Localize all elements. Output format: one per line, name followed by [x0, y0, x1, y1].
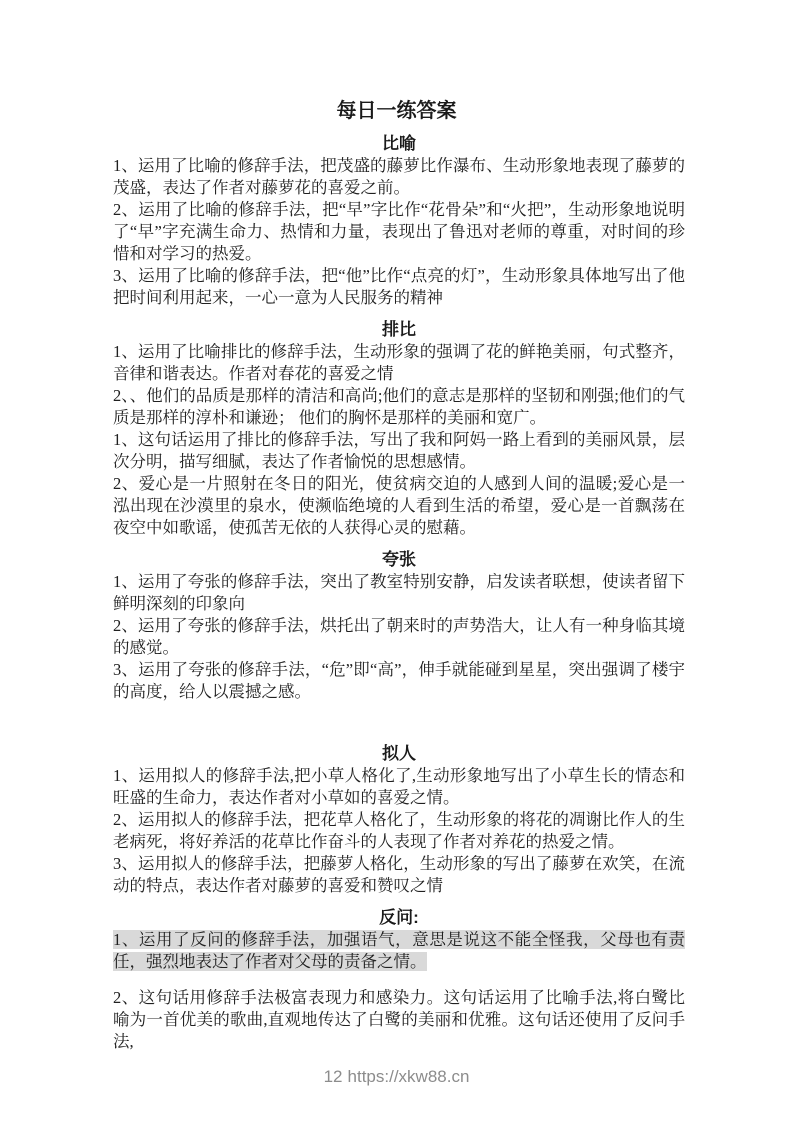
answer-text: 1、运用了夸张的修辞手法，突出了教室特别安静，启发读者联想，使读者留下鲜明深刻的… [113, 572, 685, 613]
answer-text: 2、运用了比喻的修辞手法，把“早”字比作“花骨朵”和“火把”，生动形象地说明了“… [113, 200, 685, 263]
section-heading: 反问: [113, 907, 685, 929]
answer-text: 1、运用了比喻排比的修辞手法，生动形象的强调了花的鲜艳美丽，句式整齐，音律和谐表… [113, 342, 685, 383]
footer-page-number: 12 [324, 1067, 343, 1086]
section-heading: 比喻 [113, 133, 685, 155]
answer-text: 3、运用了比喻的修辞手法，把“他”比作“点亮的灯”，生动形象具体地写出了他把时间… [113, 266, 685, 307]
document-page: 每日一练答案 比喻1、运用了比喻的修辞手法，把茂盛的藤萝比作瀑布、生动形象地表现… [0, 0, 793, 1122]
section-heading: 拟人 [113, 743, 685, 765]
answer-text: 2、运用拟人的修辞手法，把花草人格化了，生动形象的将花的凋谢比作人的生老病死，将… [113, 810, 685, 851]
answer-text: 1、这句话运用了排比的修辞手法，写出了我和阿妈一路上看到的美丽风景，层次分明，描… [113, 430, 685, 471]
paragraph: 1、运用了比喻排比的修辞手法，生动形象的强调了花的鲜艳美丽，句式整齐，音律和谐表… [113, 341, 685, 385]
paragraph: 1、运用了夸张的修辞手法，突出了教室特别安静，启发读者联想，使读者留下鲜明深刻的… [113, 571, 685, 615]
paragraph: 3、运用了比喻的修辞手法，把“他”比作“点亮的灯”，生动形象具体地写出了他把时间… [113, 265, 685, 309]
document-body: 比喻1、运用了比喻的修辞手法，把茂盛的藤萝比作瀑布、生动形象地表现了藤萝的茂盛，… [0, 133, 793, 1053]
answer-text: 1、运用拟人的修辞手法,把小草人格化了,生动形象地写出了小草生长的情态和旺盛的生… [113, 766, 685, 807]
section-4: 拟人1、运用拟人的修辞手法,把小草人格化了,生动形象地写出了小草生长的情态和旺盛… [113, 743, 685, 897]
answer-text: 2、运用了夸张的修辞手法，烘托出了朝来时的声势浩大，让人有一种身临其境的感觉。 [113, 616, 685, 657]
paragraph: 2、、他们的品质是那样的清洁和高尚;他们的意志是那样的坚韧和刚强;他们的气质是那… [113, 385, 685, 429]
paragraph: 2、这句话用修辞手法极富表现力和感染力。这句话运用了比喻手法,将白鹭比喻为一首优… [113, 987, 685, 1053]
page-footer: 12https://xkw88.cn [0, 1066, 793, 1088]
answer-text: 1、运用了比喻的修辞手法，把茂盛的藤萝比作瀑布、生动形象地表现了藤萝的茂盛，表达… [113, 156, 685, 197]
paragraph: 1、运用拟人的修辞手法,把小草人格化了,生动形象地写出了小草生长的情态和旺盛的生… [113, 765, 685, 809]
paragraph: 3、运用拟人的修辞手法，把藤萝人格化，生动形象的写出了藤萝在欢笑，在流动的特点，… [113, 853, 685, 897]
paragraph: 1、运用了反问的修辞手法，加强语气，意思是说这不能全怪我，父母也有责任，强烈地表… [113, 929, 685, 973]
footer-url: https://xkw88.cn [348, 1067, 470, 1086]
paragraph: 2、运用了比喻的修辞手法，把“早”字比作“花骨朵”和“火把”，生动形象地说明了“… [113, 199, 685, 265]
paragraph: 2、爱心是一片照射在冬日的阳光，使贫病交迫的人感到人间的温暖;爱心是一泓出现在沙… [113, 473, 685, 539]
section-2: 排比1、运用了比喻排比的修辞手法，生动形象的强调了花的鲜艳美丽，句式整齐，音律和… [113, 319, 685, 539]
answer-text: 2、、他们的品质是那样的清洁和高尚;他们的意志是那样的坚韧和刚强;他们的气质是那… [113, 386, 685, 427]
highlighted-answer-text: 1、运用了反问的修辞手法，加强语气，意思是说这不能全怪我，父母也有责任，强烈地表… [113, 930, 685, 971]
section-heading: 排比 [113, 319, 685, 341]
answer-text: 3、运用了夸张的修辞手法，“危”即“高”，伸手就能碰到星星，突出强调了楼宇的高度… [113, 660, 685, 701]
paragraph: 2、运用了夸张的修辞手法，烘托出了朝来时的声势浩大，让人有一种身临其境的感觉。 [113, 615, 685, 659]
paragraph: 1、运用了比喻的修辞手法，把茂盛的藤萝比作瀑布、生动形象地表现了藤萝的茂盛，表达… [113, 155, 685, 199]
paragraph: 3、运用了夸张的修辞手法，“危”即“高”，伸手就能碰到星星，突出强调了楼宇的高度… [113, 659, 685, 703]
section-1: 比喻1、运用了比喻的修辞手法，把茂盛的藤萝比作瀑布、生动形象地表现了藤萝的茂盛，… [113, 133, 685, 309]
section-heading: 夸张 [113, 549, 685, 571]
section-3: 夸张1、运用了夸张的修辞手法，突出了教室特别安静，启发读者联想，使读者留下鲜明深… [113, 549, 685, 703]
page-title: 每日一练答案 [0, 0, 793, 123]
paragraph: 1、这句话运用了排比的修辞手法，写出了我和阿妈一路上看到的美丽风景，层次分明，描… [113, 429, 685, 473]
answer-text: 3、运用拟人的修辞手法，把藤萝人格化，生动形象的写出了藤萝在欢笑，在流动的特点，… [113, 854, 685, 895]
paragraph: 2、运用拟人的修辞手法，把花草人格化了，生动形象的将花的凋谢比作人的生老病死，将… [113, 809, 685, 853]
answer-text: 2、爱心是一片照射在冬日的阳光，使贫病交迫的人感到人间的温暖;爱心是一泓出现在沙… [113, 474, 685, 537]
answer-text: 2、这句话用修辞手法极富表现力和感染力。这句话运用了比喻手法,将白鹭比喻为一首优… [113, 988, 685, 1051]
section-5: 反问:1、运用了反问的修辞手法，加强语气，意思是说这不能全怪我，父母也有责任，强… [113, 907, 685, 1053]
